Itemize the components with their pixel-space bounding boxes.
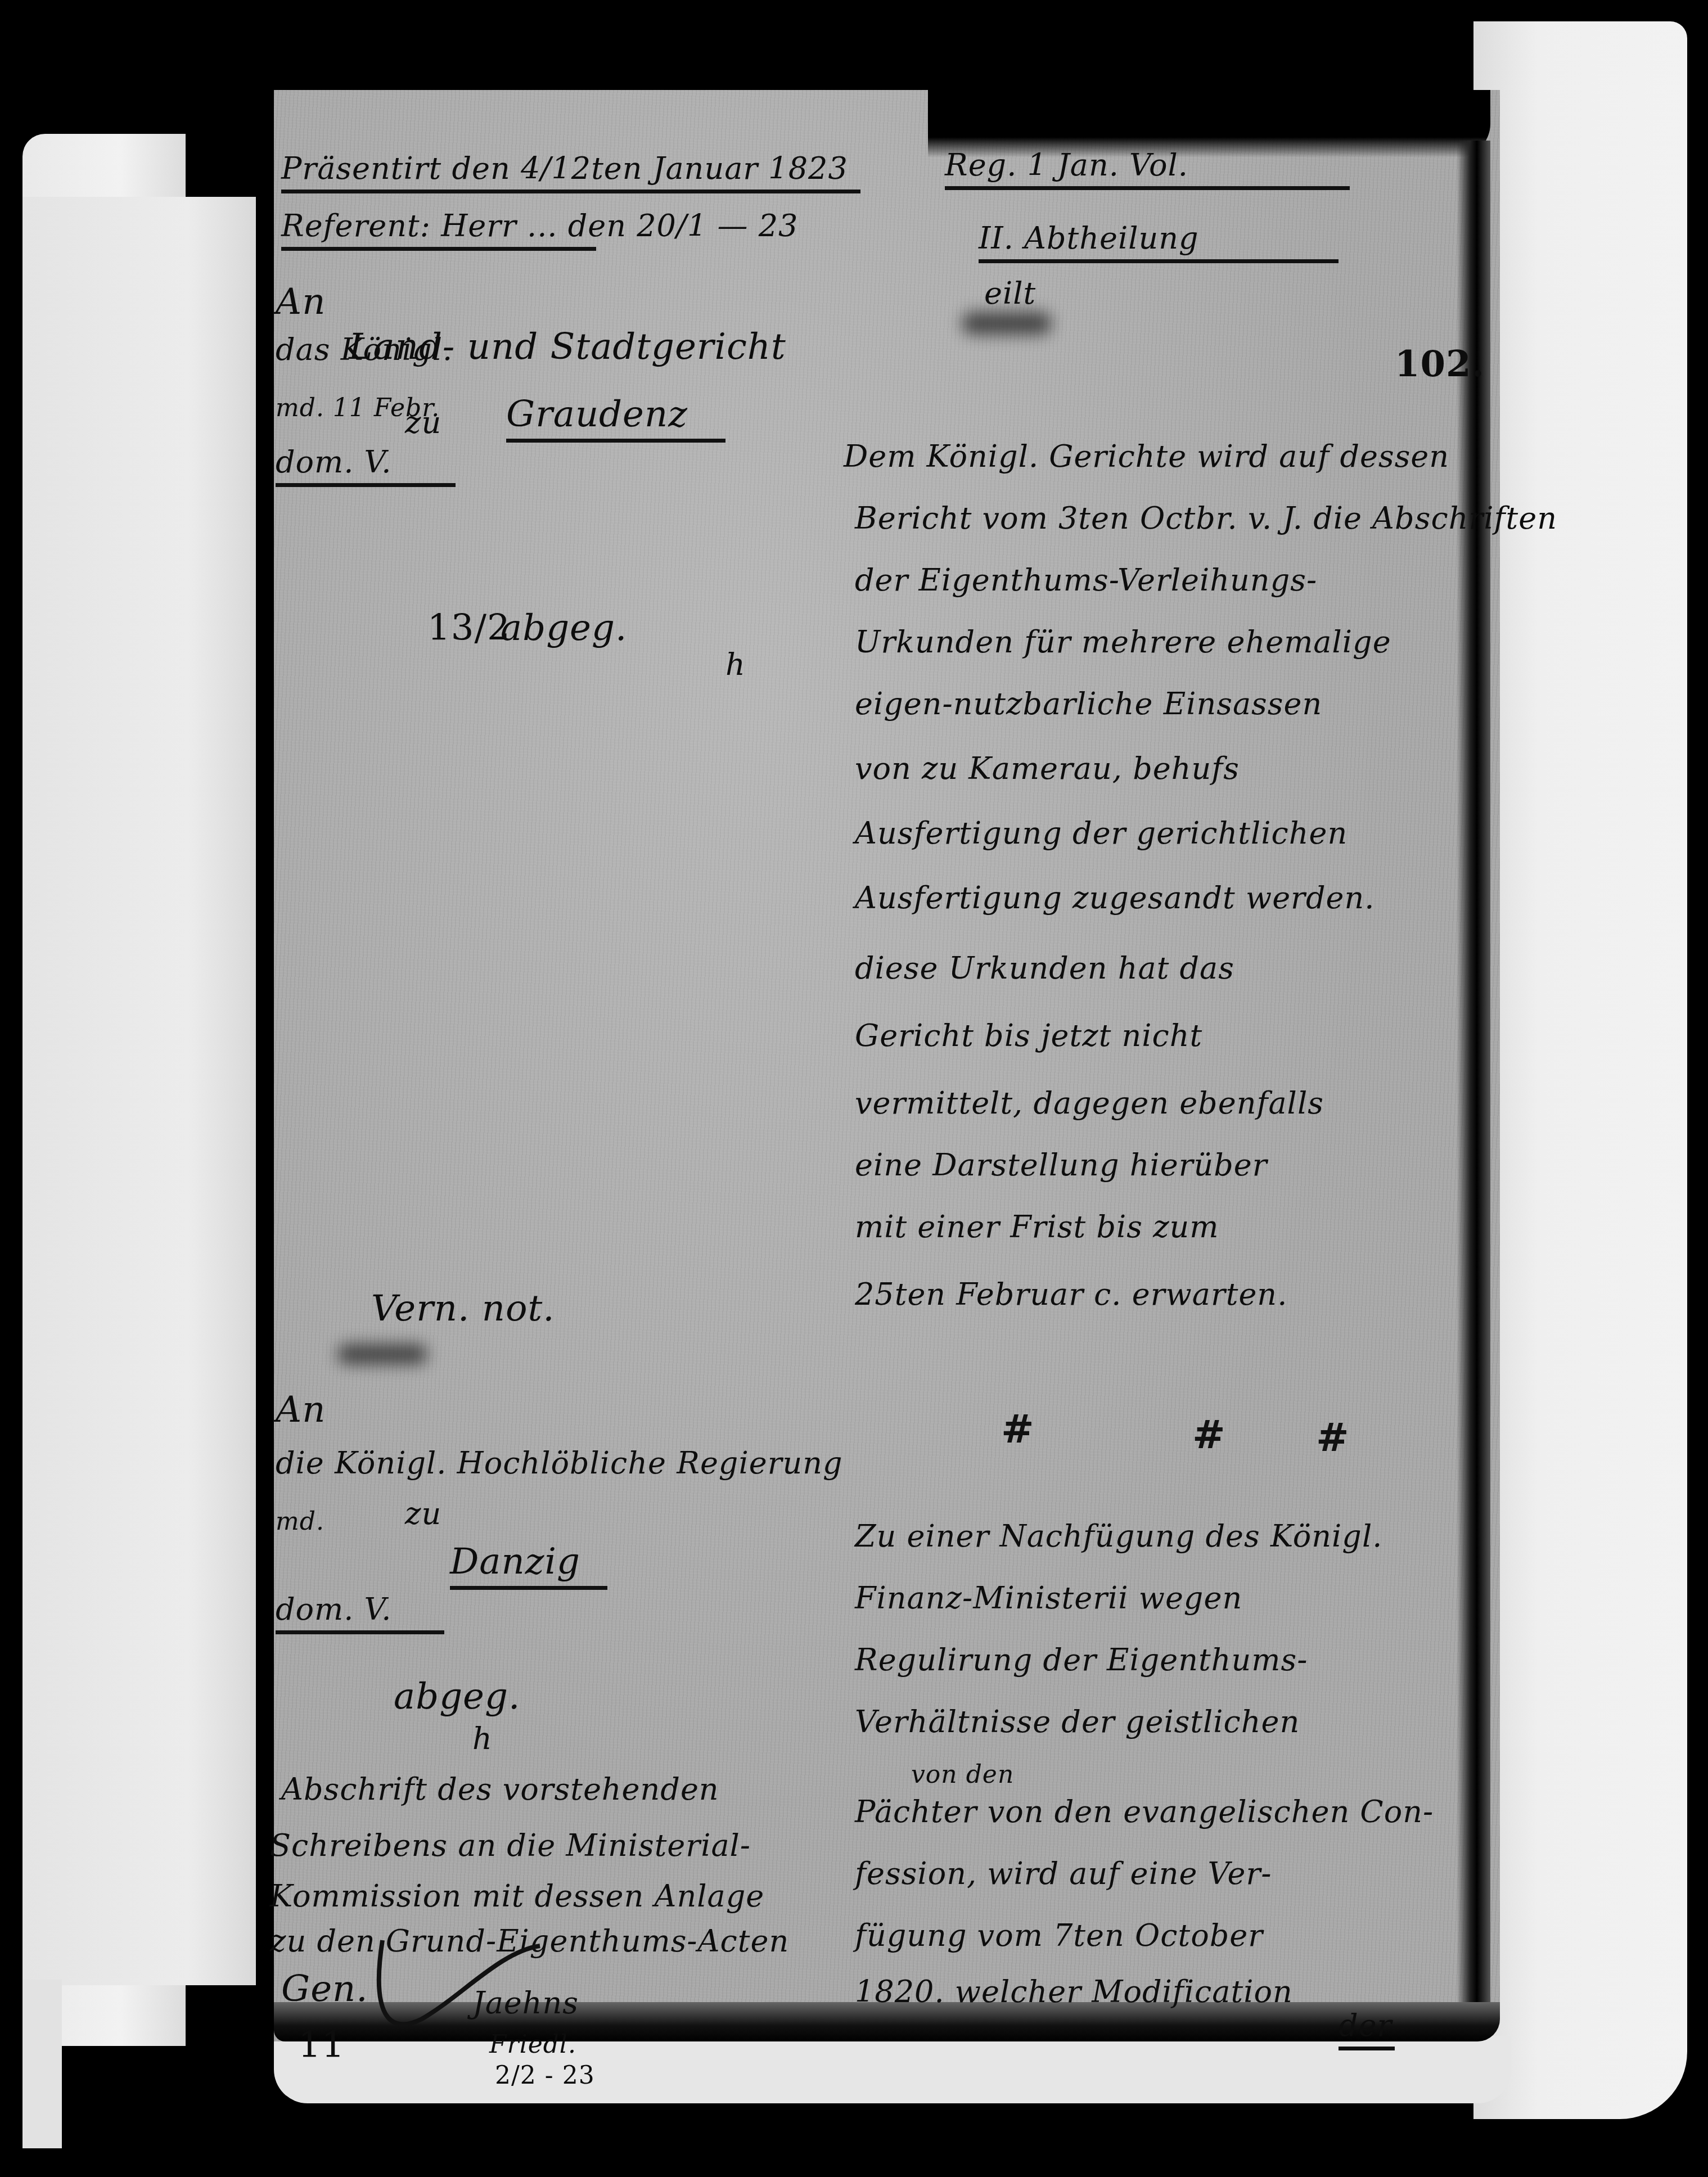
interlinear-insert: von den [911, 1760, 1014, 1789]
entry2-body-line: fession, wird auf eine Ver- [855, 1856, 1272, 1891]
signature-date: 2/2 - 23 [495, 2061, 595, 2090]
entry1-addressee-court: Land- und Stadtgericht [349, 326, 786, 368]
entry1-margin-an: An [276, 281, 326, 323]
entry2-note-abgeg: abgeg. [394, 1676, 520, 1718]
entry2-body-line: fügung vom 7ten October [855, 1918, 1263, 1953]
separator-mark: # [1316, 1414, 1349, 1461]
entry1-body-line: Gericht bis jetzt nicht [855, 1018, 1202, 1053]
entry1-body-line: Dem Königl. Gerichte wird auf dessen [844, 439, 1449, 474]
page-right-edge [1457, 141, 1490, 2008]
left-paper-tab [22, 1980, 62, 2148]
entry1-body-line: eigen-nutzbarliche Einsassen [855, 686, 1322, 722]
entry2-body-line: Finanz-Ministerii wegen [855, 1580, 1242, 1616]
entry2-margin-dom: dom. V. [276, 1592, 444, 1634]
entry2-body-line: Pächter von den evangelischen Con- [855, 1794, 1434, 1829]
entry1-note-initial: h [725, 647, 746, 682]
entry2-body-line: Zu einer Nachfügung des Königl. [855, 1518, 1382, 1554]
entry2-body-line: Regulirung der Eigenthums- [855, 1642, 1308, 1678]
entry2-addressee-government: die Königl. Hochlöbliche Regierung [276, 1445, 843, 1481]
enclosure-line: Schreibens an die Ministerial- [270, 1828, 751, 1863]
entry1-body-line: 25ten Februar c. erwarten. [855, 1277, 1287, 1312]
entry1-note-abgeg: abgeg. [501, 607, 627, 649]
entry1-addressee-zu: zu [405, 405, 441, 440]
entry1-body-line: Urkunden für mehrere ehemalige [855, 624, 1391, 660]
entry2-margin-md: md. [276, 1507, 325, 1536]
enclosure-line: Kommission mit dessen Anlage [270, 1878, 764, 1914]
left-paper-strip-lower [22, 197, 259, 1985]
header-referent: Referent: Herr ... den 20/1 — 23 [281, 208, 596, 251]
folio-number: 102. [1395, 343, 1485, 385]
separator-mark: # [1001, 1406, 1034, 1452]
entry2-addressee-zu: zu [405, 1496, 441, 1531]
entry2-addressee-place: Danzig [450, 1541, 607, 1590]
entry1-addressee-place: Graudenz [506, 394, 725, 443]
signature-secondary: Friedl. [489, 2030, 576, 2059]
entry2-marker: 11 [298, 2025, 345, 2066]
entry2-note-initial: h [472, 1721, 493, 1756]
binding-shadow [186, 34, 270, 191]
enclosure-line: Abschrift des vorstehenden [281, 1772, 719, 1807]
entry1-body-line: mit einer Frist bis zum [855, 1209, 1219, 1245]
entry1-body-line: der Eigenthums-Verleihungs- [855, 562, 1317, 598]
right-paper-strip [1473, 21, 1687, 2119]
entry1-footer-note: Vern. not. [371, 1288, 555, 1329]
entry2-body-catchword: der [1339, 2008, 1395, 2050]
ink-smudge [962, 312, 1052, 335]
enclosure-line: Gen. [281, 1968, 368, 2010]
entry2-body-line: Verhältnisse der geistlichen [855, 1704, 1300, 1739]
manuscript-page [274, 90, 1500, 2041]
header-urgent-mark: eilt [984, 276, 1036, 311]
entry1-body-line: Ausfertigung zugesandt werden. [855, 880, 1374, 916]
entry1-body-line: Bericht vom 3ten Octbr. v. J. die Abschr… [855, 501, 1557, 536]
header-register: Reg. 1 Jan. Vol. [945, 147, 1350, 190]
entry2-body-line: 1820. welcher Modification [855, 1974, 1293, 2009]
binding-gutter [256, 169, 274, 2025]
separator-mark: # [1192, 1412, 1225, 1458]
ink-smudge [337, 1344, 427, 1364]
entry1-margin-dom: dom. V. [276, 444, 456, 487]
signature-name: Jaehns [472, 1985, 579, 2021]
header-department: II. Abtheilung [979, 220, 1339, 263]
entry1-body-line: Ausfertigung der gerichtlichen [855, 815, 1348, 851]
header-presented-date: Präsentirt den 4/12ten Januar 1823 [281, 151, 860, 193]
entry1-body-line: eine Darstellung hierüber [855, 1147, 1268, 1183]
entry2-margin-an: An [276, 1389, 326, 1431]
entry1-body-line: von zu Kamerau, behufs [855, 751, 1240, 786]
entry1-body-line: vermittelt, dagegen ebenfalls [855, 1085, 1324, 1121]
entry1-body-line: diese Urkunden hat das [855, 950, 1234, 986]
entry1-note-date: 13/2 [427, 607, 511, 649]
